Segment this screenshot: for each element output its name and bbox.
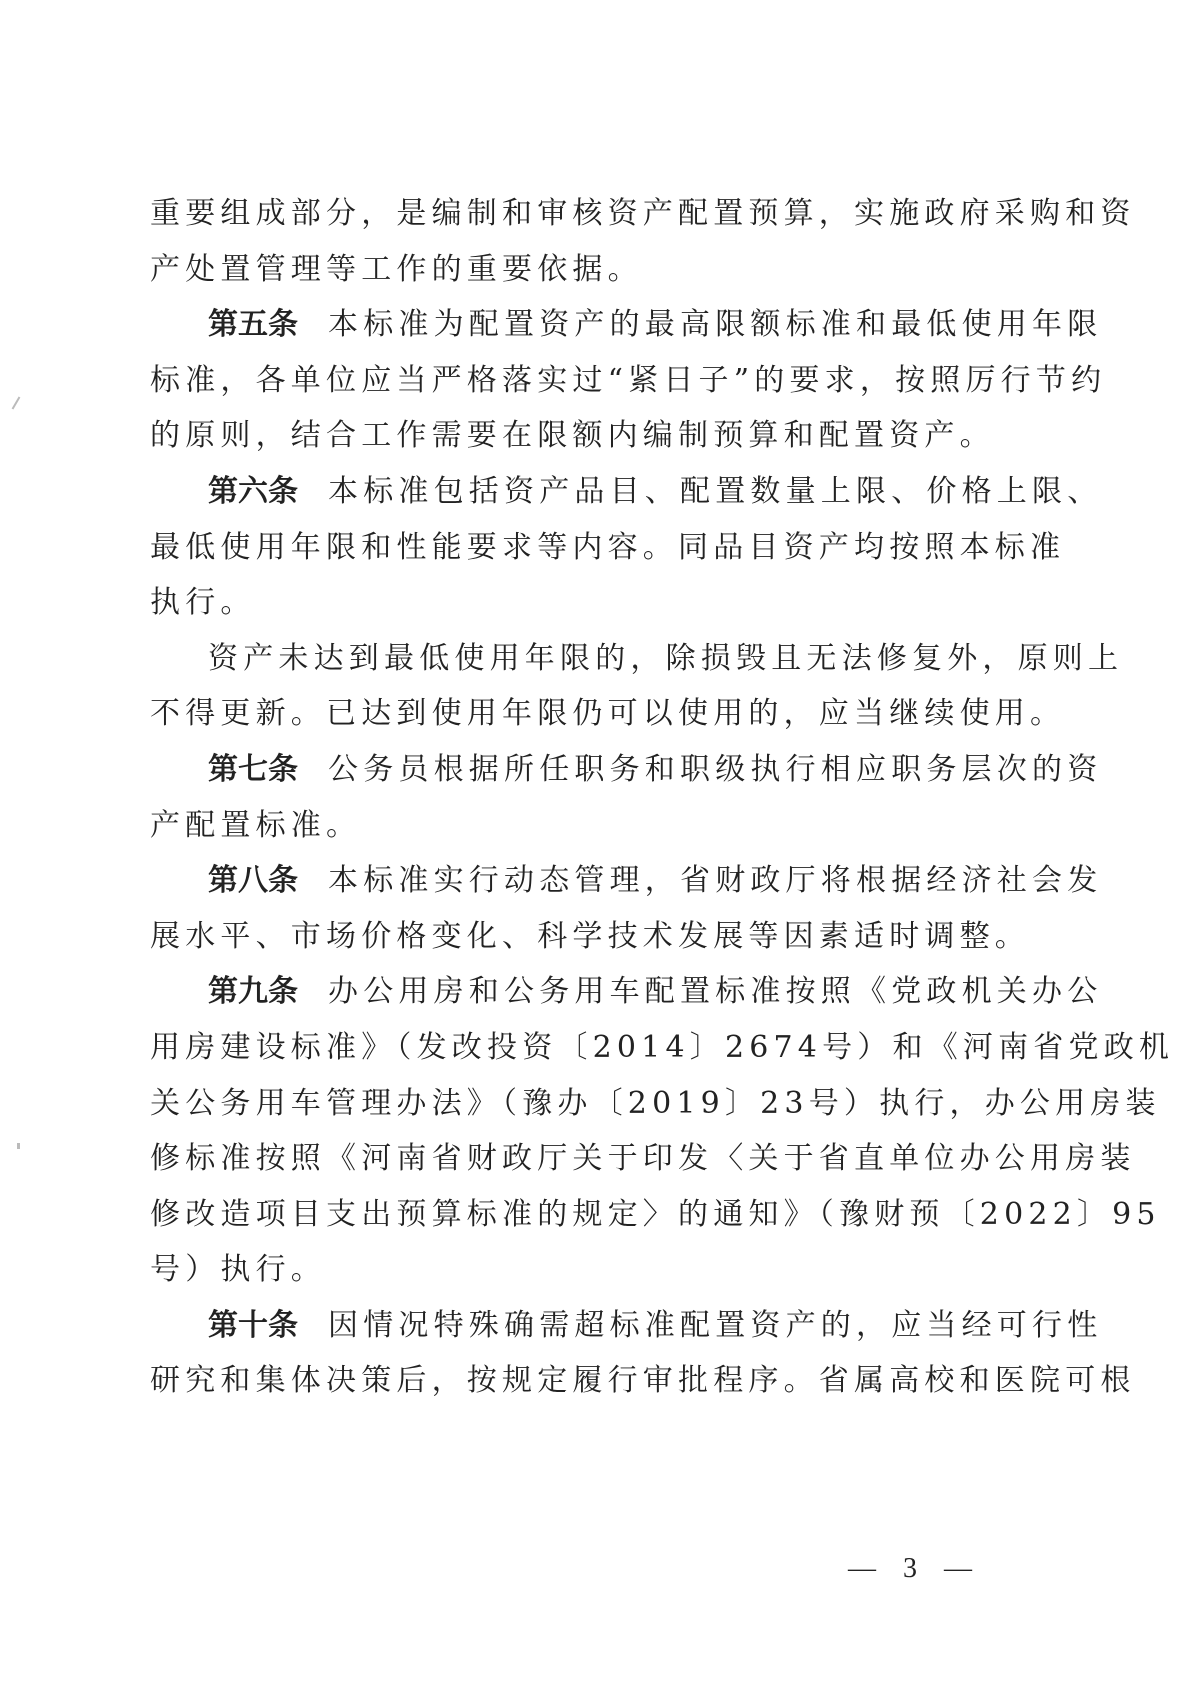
- scan-mark: [12, 396, 21, 409]
- article-label: 第五条: [208, 307, 298, 342]
- article-label: 第十条: [208, 1308, 298, 1343]
- article-label: 第六条: [208, 474, 298, 509]
- article-label: 第七条: [208, 752, 298, 787]
- scan-mark: [17, 1143, 20, 1149]
- text-line: 关公务用车管理办法》（豫办〔2019〕23号）执行，办公用房装: [150, 1076, 972, 1132]
- article-8-heading-line: 第八条本标准实行动态管理，省财政厅将根据经济社会发: [150, 853, 972, 909]
- text-line: 执行。: [150, 575, 972, 631]
- text-line: 不得更新。已达到使用年限仍可以使用的，应当继续使用。: [150, 686, 972, 742]
- text-line: 号）执行。: [150, 1242, 972, 1298]
- text-line: 修标准按照《河南省财政厅关于印发〈关于省直单位办公用房装: [150, 1131, 972, 1187]
- page-number: — 3 —: [848, 1553, 982, 1585]
- article-10-heading-line: 第十条因情况特殊确需超标准配置资产的，应当经可行性: [150, 1298, 972, 1354]
- text-line: 产处置管理等工作的重要依据。: [150, 242, 972, 298]
- article-7-heading-line: 第七条公务员根据所任职务和职级执行相应职务层次的资: [150, 742, 972, 798]
- document-body: 重要组成部分，是编制和审核资产配置预算，实施政府采购和资 产处置管理等工作的重要…: [150, 186, 972, 1409]
- text-line: 产配置标准。: [150, 798, 972, 854]
- text-line: 最低使用年限和性能要求等内容。同品目资产均按照本标准: [150, 520, 972, 576]
- article-6-heading-line: 第六条本标准包括资产品目、配置数量上限、价格上限、: [150, 464, 972, 520]
- article-label: 第八条: [208, 863, 298, 898]
- text-line: 用房建设标准》（发改投资〔2014〕2674号）和《河南省党政机: [150, 1020, 972, 1076]
- article-9-heading-line: 第九条办公用房和公务用车配置标准按照《党政机关办公: [150, 964, 972, 1020]
- article-label: 第九条: [208, 974, 298, 1009]
- text-line: 重要组成部分，是编制和审核资产配置预算，实施政府采购和资: [150, 186, 972, 242]
- text-line: 标准，各单位应当严格落实过“紧日子”的要求，按照厉行节约: [150, 353, 972, 409]
- text-line: 研究和集体决策后，按规定履行审批程序。省属高校和医院可根: [150, 1353, 972, 1409]
- article-5-heading-line: 第五条本标准为配置资产的最高限额标准和最低使用年限: [150, 297, 972, 353]
- text-line: 的原则，结合工作需要在限额内编制预算和配置资产。: [150, 408, 972, 464]
- text-line: 展水平、市场价格变化、科学技术发展等因素适时调整。: [150, 909, 972, 965]
- text-line: 资产未达到最低使用年限的，除损毁且无法修复外，原则上: [150, 631, 972, 687]
- text-line: 修改造项目支出预算标准的规定〉的通知》（豫财预〔2022〕95: [150, 1187, 972, 1243]
